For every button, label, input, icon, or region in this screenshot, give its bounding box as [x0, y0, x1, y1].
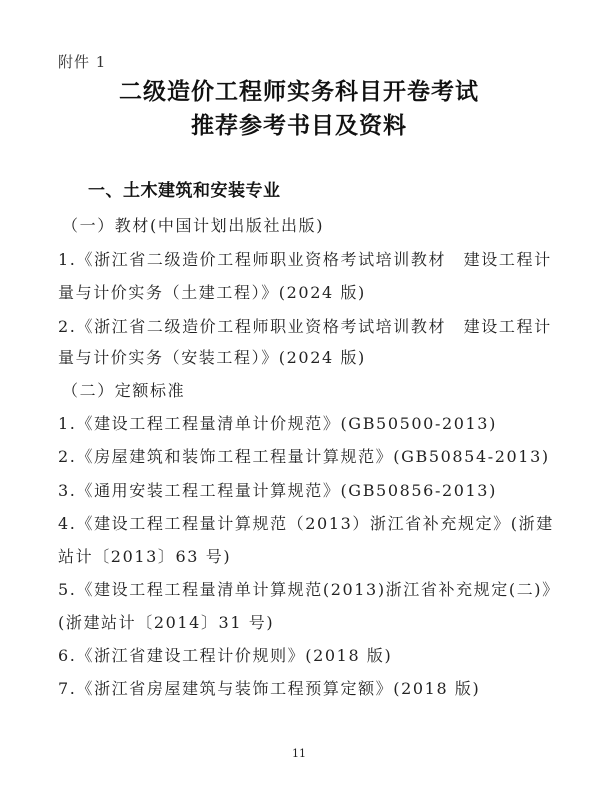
standard-item-7: 7.《浙江省房屋建筑与装饰工程预算定额》(2018 版): [58, 679, 480, 699]
standard-item-4-line-2: 站计〔2013〕63 号): [58, 547, 231, 567]
document-page: 附件 1 二级造价工程师实务科目开卷考试 推荐参考书目及资料 一、土木建筑和安装…: [0, 0, 598, 802]
page-number: 11: [0, 747, 598, 760]
standard-item-6: 6.《浙江省建设工程计价规则》(2018 版): [58, 646, 392, 666]
standard-item-2: 2.《房屋建筑和装饰工程工程量计算规范》(GB50854-2013): [58, 447, 550, 467]
standard-item-3: 3.《通用安装工程工程量计算规范》(GB50856-2013): [58, 481, 497, 501]
subsection-heading-textbooks: （一）教材(中国计划出版社出版): [62, 216, 324, 236]
standard-item-5-line-2: (浙建站计〔2014〕31 号): [58, 613, 274, 633]
document-title-line-1: 二级造价工程师实务科目开卷考试: [0, 78, 598, 106]
textbook-item-1-line-2: 量与计价实务（土建工程）》(2024 版): [58, 283, 366, 303]
section-heading: 一、土木建筑和安装专业: [88, 181, 281, 201]
document-title-line-2: 推荐参考书目及资料: [0, 112, 598, 140]
textbook-item-2-line-1: 2.《浙江省二级造价工程师职业资格考试培训教材 建设工程计: [58, 317, 552, 337]
subsection-heading-standards: （二）定额标准: [62, 381, 185, 401]
textbook-item-1-line-1: 1.《浙江省二级造价工程师职业资格考试培训教材 建设工程计: [58, 250, 552, 270]
standard-item-5-line-1: 5.《建设工程工程量清单计算规范(2013)浙江省补充规定(二)》: [58, 580, 560, 600]
standard-item-4-line-1: 4.《建设工程工程量计算规范（2013）浙江省补充规定》(浙建: [58, 514, 554, 534]
attachment-label: 附件 1: [58, 52, 106, 72]
textbook-item-2-line-2: 量与计价实务（安装工程）》(2024 版): [58, 348, 366, 368]
standard-item-1: 1.《建设工程工程量清单计价规范》(GB50500-2013): [58, 414, 497, 434]
